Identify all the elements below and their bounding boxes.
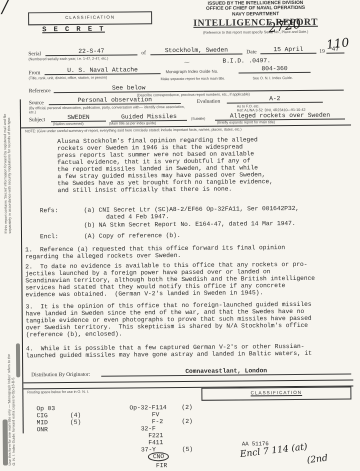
distribution-label: Distribution By Originator:: [31, 372, 90, 379]
reference-b: (b) NA Stkm Secret Report No. E164-47, d…: [84, 220, 296, 229]
routing-circled-item: CNO: [148, 452, 169, 461]
serial-value: 22-S-47: [45, 47, 137, 56]
scan-artifact: [16, 343, 20, 377]
date-year-value: 47: [326, 46, 344, 54]
subject-main-note: (Main title as per index guide): [109, 121, 156, 125]
monograph-note2: See O. N. I. Index Guide.: [253, 76, 293, 80]
encl-label: Encl:: [40, 233, 59, 240]
date-value: 15 April: [260, 46, 316, 54]
date-label: Date: [246, 49, 256, 55]
encl-value: (A) Copy of reference (b).: [84, 232, 181, 240]
monograph-label: Monograph Index Guide No.: [166, 70, 219, 74]
reference-a: (a) CNI Secret Ltr (SC)A8-2/EF66 Op-32FA…: [84, 205, 299, 221]
handwritten-corner-slash: /: [2, 0, 8, 18]
scanned-intelligence-report: / If this report contains 'Secret' infor…: [0, 0, 360, 471]
reference-rule: [204, 90, 344, 92]
title-reference-note: (Reference to this report must specify S…: [158, 29, 353, 35]
subject-nation: SWEDEN: [51, 114, 106, 122]
routing-classification-label: CLASSIFICATION: [202, 388, 350, 399]
paragraph-4: 4. While it is possible that a few captu…: [26, 343, 312, 359]
left-margin-instructions-bottom: Use this form for one main title only — …: [7, 353, 16, 465]
reference-label: Reference: [29, 88, 51, 94]
paragraph-3: 3. It is the opinion of this office that…: [26, 301, 312, 338]
routing-column-2: Op-32-F114 (2) FV F-2 (2) 32-F F221 F411…: [129, 404, 193, 454]
handwritten-encl-note-2: (2nd: [306, 454, 328, 466]
of-label: of: [141, 50, 146, 56]
left-margin-instructions-top: If this report contains 'Secret' informa…: [3, 105, 12, 233]
pencil-scribble: ~: [183, 58, 190, 67]
reference-value: See below: [54, 84, 204, 93]
serial-note: (Numbered serially each year, i.e. 1-47,…: [28, 57, 108, 62]
routing-classification-box: CLASSIFICATION: [201, 387, 351, 401]
monograph-note1: Make separate report for each main title…: [161, 77, 226, 82]
classification-stamp: S E C R E T: [42, 27, 105, 35]
distribution-value: Comnaveastlant, London: [101, 367, 351, 377]
routing-note: Routing space below for use in O. N. I.: [27, 390, 89, 395]
date-year-printed: 19: [319, 49, 324, 55]
subject-expansion-note: (Briefly expands report for main title): [217, 120, 275, 125]
routing-column-1: Op 03 CIG (4) MID (5) ONR: [36, 405, 81, 433]
from-note: (Title, rank, unit, district, office, st…: [29, 76, 108, 81]
place-value: Stockholm, Sweden: [150, 46, 242, 55]
source-value: Personal observation: [49, 96, 181, 105]
from-value: U. S. Naval Attache: [45, 66, 161, 75]
paragraph-2: 2. To date no evidence is available to t…: [25, 261, 315, 299]
evaluation-label: Evaluation: [197, 99, 220, 105]
classification-label: CLASSIFICATION: [29, 12, 151, 23]
bid-number-note: B.I.D. .0497.: [222, 57, 270, 64]
refs-label: Refs:: [40, 207, 59, 214]
subject-subtitle-note: (Subtitle): [191, 117, 205, 121]
subject-expansion: Alleged rockets over Sweden: [215, 112, 345, 121]
monograph-value: 804-360: [239, 65, 311, 74]
routing-last-item: FIR: [156, 462, 167, 469]
summary-paragraph: Alusna Stockholm's final opinion regardi…: [57, 136, 273, 194]
evaluation-value: A-2: [227, 95, 323, 104]
classification-box: CLASSIFICATION: [28, 11, 152, 25]
paragraph-1: 1. Reference (a) requested that this off…: [25, 244, 285, 260]
document-canvas: / If this report contains 'Secret' infor…: [0, 0, 360, 471]
report-title: INTELLIGENCE REPORT: [163, 18, 348, 30]
routing-divider-top: [23, 379, 353, 383]
subject-nation-note: (Nation concerned): [53, 122, 84, 126]
subject-label: Subject: [29, 117, 45, 123]
